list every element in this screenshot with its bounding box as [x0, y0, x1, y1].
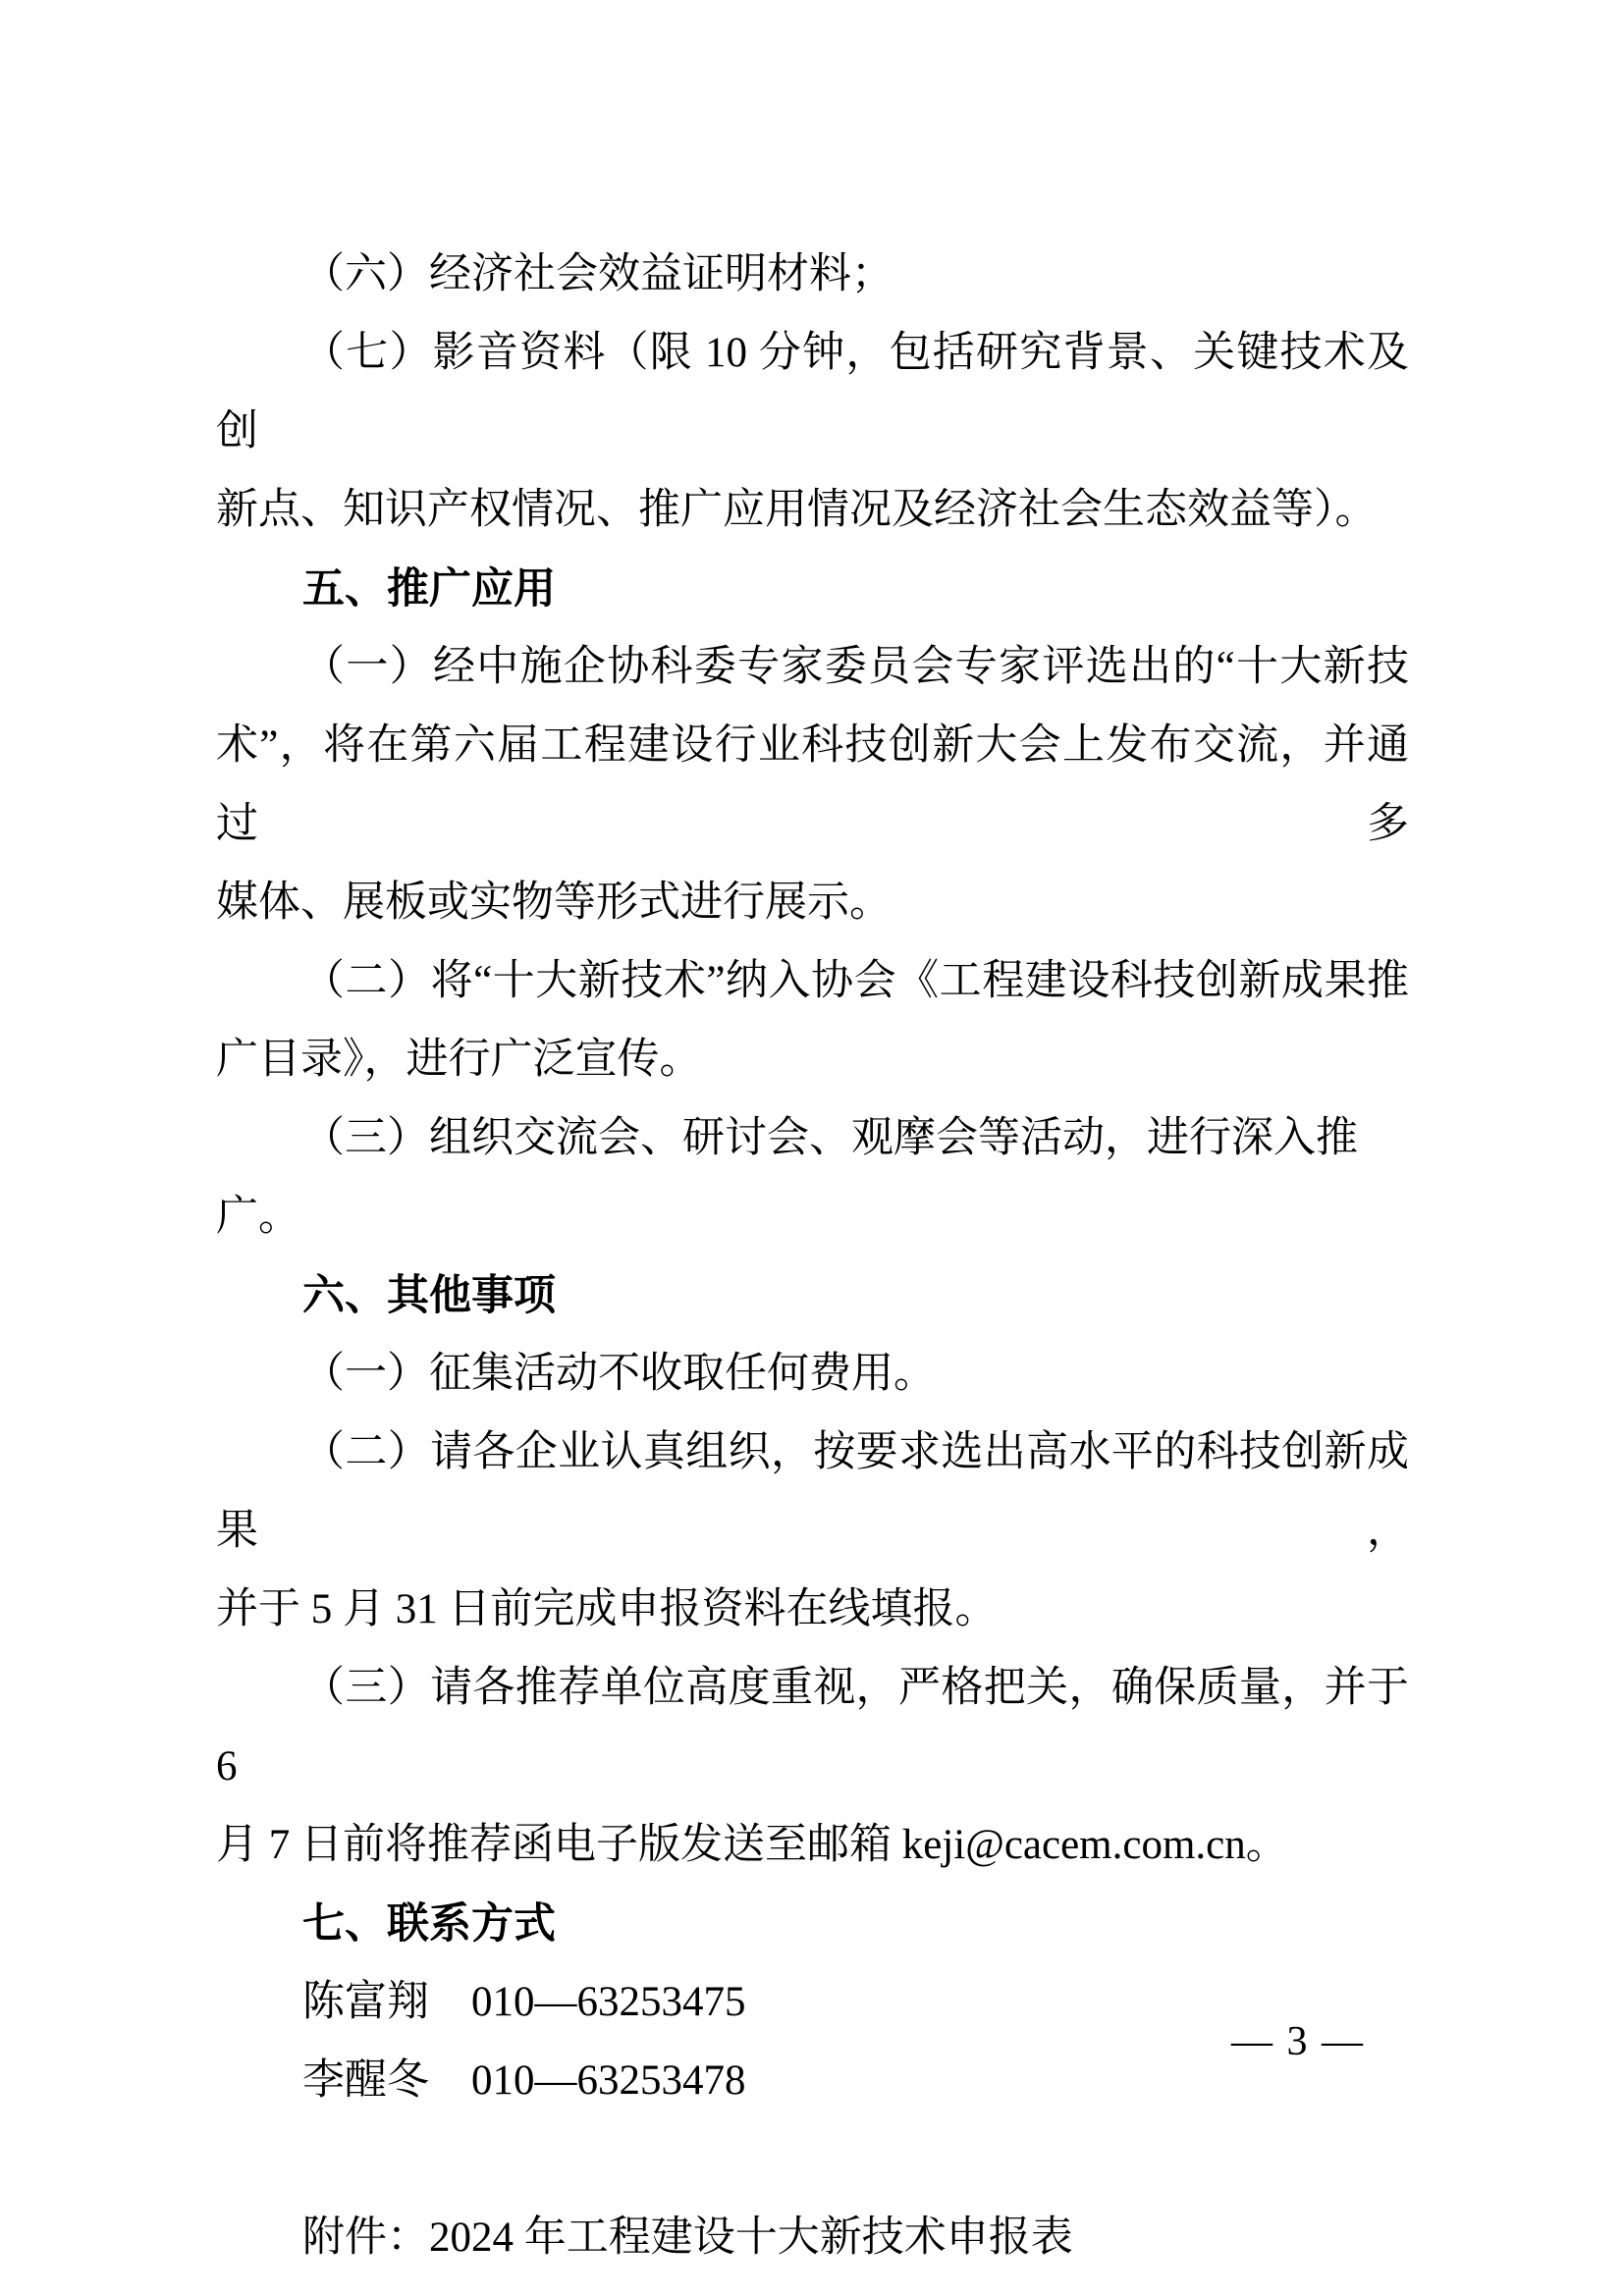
paragraph-line: （六）经济社会效益证明材料； [216, 236, 1409, 314]
document-page: （六）经济社会效益证明材料； （七）影音资料（限 10 分钟，包括研究背景、关键… [0, 0, 1624, 2296]
paragraph-line: （三）请各推荐单位高度重视，严格把关，确保质量，并于 6 [216, 1649, 1409, 1806]
paragraph-line-email: 月 7 日前将推荐函电子版发送至邮箱 keji@cacem.com.cn。 [216, 1806, 1409, 1885]
paragraph-line: （二）将“十大新技术”纳入协会《工程建设科技创新成果推 [216, 942, 1409, 1021]
paragraph-line: （三）组织交流会、研讨会、观摩会等活动，进行深入推广。 [216, 1099, 1409, 1256]
document-body: （六）经济社会效益证明材料； （七）影音资料（限 10 分钟，包括研究背景、关键… [216, 236, 1409, 2277]
paragraph-line: 新点、知识产权情况、推广应用情况及经济社会生态效益等）。 [216, 471, 1409, 550]
paragraph-line: （一）征集活动不收取任何费用。 [216, 1335, 1409, 1414]
paragraph-line: （七）影音资料（限 10 分钟，包括研究背景、关键技术及创 [216, 314, 1409, 471]
paragraph-line: 术”，将在第六届工程建设行业科技创新大会上发布交流，并通过多 [216, 707, 1409, 864]
paragraph-line: 并于 5 月 31 日前完成申报资料在线填报。 [216, 1571, 1409, 1649]
section-heading-6: 六、其他事项 [216, 1256, 1409, 1335]
section-heading-5: 五、推广应用 [216, 550, 1409, 628]
paragraph-line: （一）经中施企协科委专家委员会专家评选出的“十大新技 [216, 628, 1409, 707]
section-heading-7: 七、联系方式 [216, 1885, 1409, 1963]
contact-line: 陈富翔 010—63253475 [216, 1963, 1409, 2042]
paragraph-line: 媒体、展板或实物等形式进行展示。 [216, 864, 1409, 942]
attachment-line: 附件：2024 年工程建设十大新技术申报表 [216, 2199, 1409, 2277]
contact-line: 李醒冬 010—63253478 [216, 2042, 1409, 2120]
paragraph-line: 广目录》，进行广泛宣传。 [216, 1021, 1409, 1099]
blank-line [216, 2120, 1409, 2199]
paragraph-line: （二）请各企业认真组织，按要求选出高水平的科技创新成果， [216, 1414, 1409, 1571]
page-number: — 3 — [1231, 2002, 1365, 2081]
